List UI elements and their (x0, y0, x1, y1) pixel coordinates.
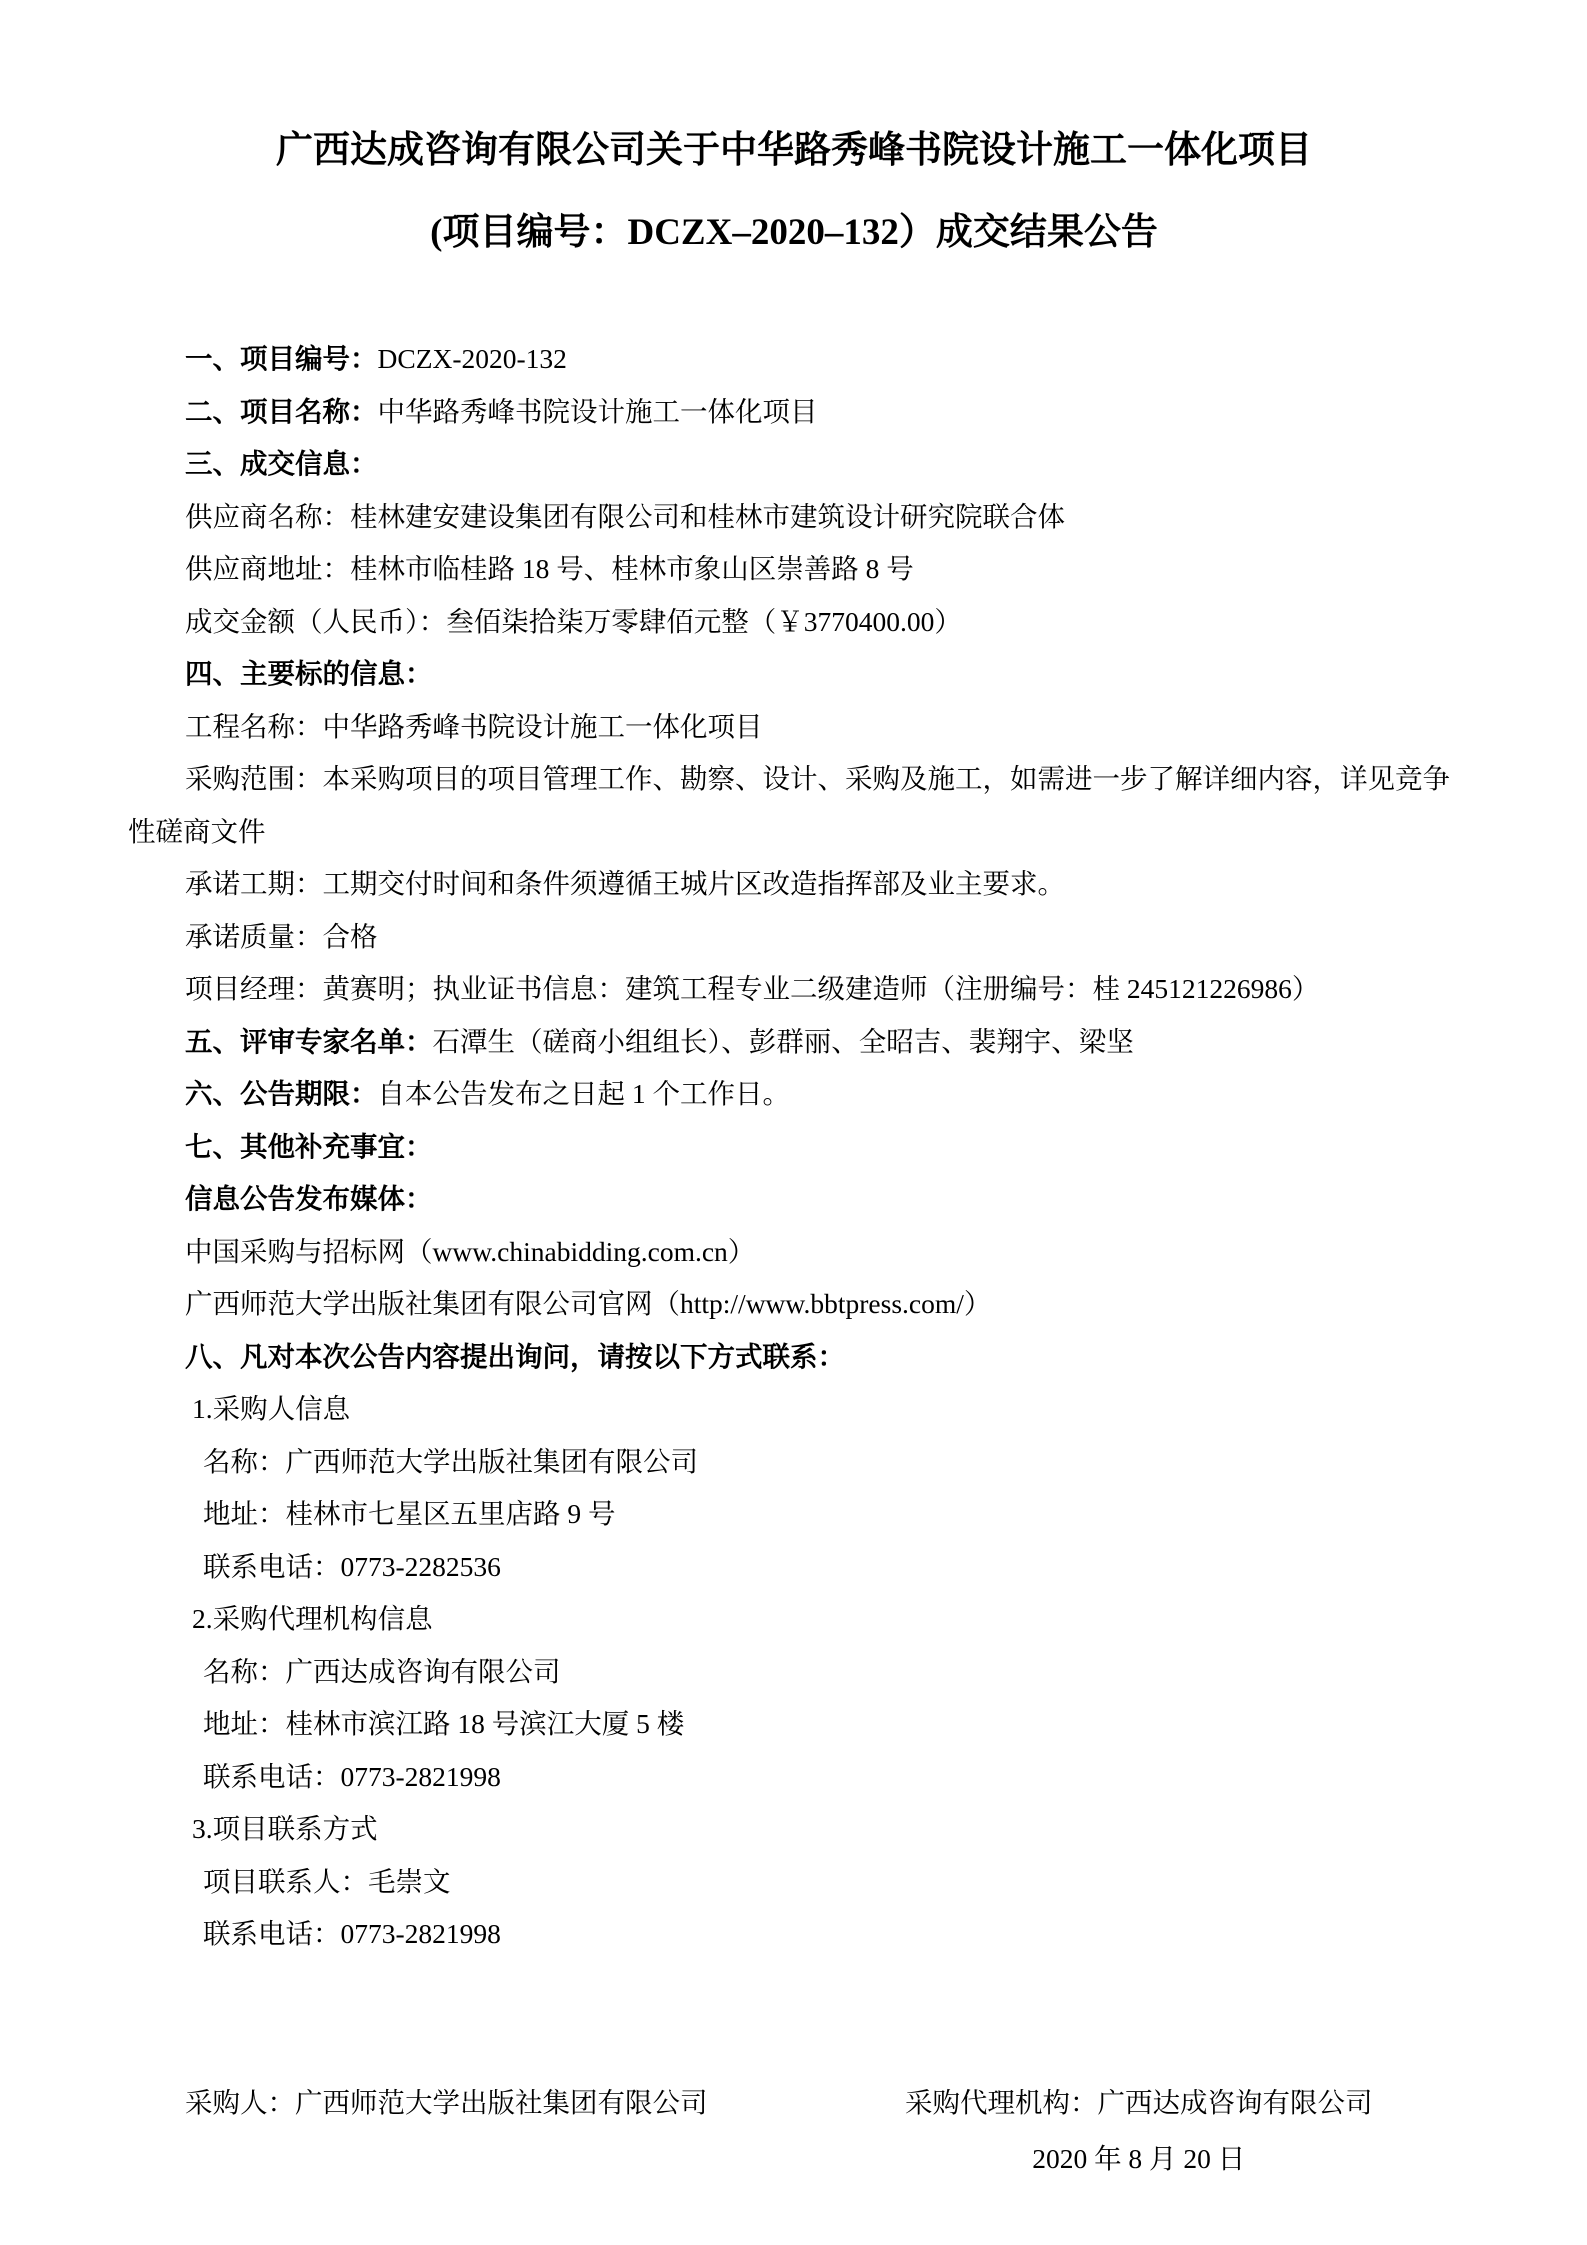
expert-panel-label: 五、评审专家名单： (185, 1026, 433, 1057)
agent-address-line: 地址：桂林市滨江路 18 号滨江大厦 5 楼 (128, 1698, 1460, 1751)
purchaser-address-line: 地址：桂林市七星区五里店路 9 号 (128, 1488, 1460, 1541)
project-name-line: 二、项目名称：中华路秀峰书院设计施工一体化项目 (128, 386, 1460, 439)
agent-signature-line: 采购代理机构：广西达成咨询有限公司 (905, 2075, 1373, 2131)
purchaser-info-heading: 1.采购人信息 (128, 1383, 1460, 1436)
media-chinabidding-line: 中国采购与招标网（www.chinabidding.com.cn） (128, 1226, 1460, 1279)
schedule-commitment-line: 承诺工期：工期交付时间和条件须遵循王城片区改造指挥部及业主要求。 (128, 858, 1460, 911)
project-manager-line: 项目经理：黄赛明；执业证书信息：建筑工程专业二级建造师（注册编号：桂 24512… (128, 963, 1460, 1016)
supplier-address-line: 供应商地址：桂林市临桂路 18 号、桂林市象山区崇善路 8 号 (128, 543, 1460, 596)
expert-panel-line: 五、评审专家名单：石潭生（磋商小组组长）、彭群丽、全昭吉、裴翔宇、梁坚 (128, 1016, 1460, 1069)
project-number-line: 一、项目编号：DCZX-2020-132 (128, 333, 1460, 386)
work-name-line: 工程名称：中华路秀峰书院设计施工一体化项目 (128, 701, 1460, 754)
announcement-period-line: 六、公告期限：自本公告发布之日起 1 个工作日。 (128, 1068, 1460, 1121)
document-body: 一、项目编号：DCZX-2020-132 二、项目名称：中华路秀峰书院设计施工一… (128, 333, 1460, 1961)
title-line-1: 广西达成咨询有限公司关于中华路秀峰书院设计施工一体化项目 (128, 110, 1460, 192)
quality-commitment-line: 承诺质量：合格 (128, 911, 1460, 964)
announcement-period-label: 六、公告期限： (185, 1078, 378, 1109)
purchaser-name-line: 名称：广西师范大学出版社集团有限公司 (128, 1436, 1460, 1489)
deal-info-heading: 三、成交信息： (128, 438, 1460, 491)
signature-block: 采购人：广西师范大学出版社集团有限公司 采购代理机构：广西达成咨询有限公司 20… (128, 2075, 1460, 2205)
document-page: 广西达成咨询有限公司关于中华路秀峰书院设计施工一体化项目 (项目编号：DCZX–… (0, 0, 1587, 2245)
subject-info-heading: 四、主要标的信息： (128, 648, 1460, 701)
purchaser-phone-line: 联系电话：0773-2282536 (128, 1541, 1460, 1594)
supplier-name-line: 供应商名称：桂林建安建设集团有限公司和桂林市建筑设计研究院联合体 (128, 491, 1460, 544)
project-contact-phone-line: 联系电话：0773-2821998 (128, 1908, 1460, 1961)
media-bbtpress-line: 广西师范大学出版社集团有限公司官网（http://www.bbtpress.co… (128, 1278, 1460, 1331)
project-contact-person-line: 项目联系人：毛崇文 (128, 1856, 1460, 1909)
media-heading: 信息公告发布媒体： (128, 1173, 1460, 1226)
project-number-label: 一、项目编号： (185, 343, 378, 374)
announcement-date: 2020 年 8 月 20 日 (905, 2131, 1373, 2187)
agent-info-heading: 2.采购代理机构信息 (128, 1593, 1460, 1646)
other-matters-heading: 七、其他补充事宜： (128, 1121, 1460, 1174)
deal-amount-line: 成交金额（人民币）：叁佰柒拾柒万零肆佰元整（￥3770400.00） (128, 596, 1460, 649)
project-name-label: 二、项目名称： (185, 396, 378, 427)
contact-heading: 八、凡对本次公告内容提出询问，请按以下方式联系： (128, 1331, 1460, 1384)
purchaser-signature: 采购人：广西师范大学出版社集团有限公司 (185, 2075, 708, 2131)
title-line-2: (项目编号：DCZX–2020–132）成交结果公告 (128, 192, 1460, 274)
agent-phone-line: 联系电话：0773-2821998 (128, 1751, 1460, 1804)
project-contact-heading: 3.项目联系方式 (128, 1803, 1460, 1856)
agent-name-line: 名称：广西达成咨询有限公司 (128, 1646, 1460, 1699)
document-title: 广西达成咨询有限公司关于中华路秀峰书院设计施工一体化项目 (项目编号：DCZX–… (128, 110, 1460, 274)
procurement-scope-line: 采购范围：本采购项目的项目管理工作、勘察、设计、采购及施工，如需进一步了解详细内… (128, 753, 1460, 858)
agent-signature: 采购代理机构：广西达成咨询有限公司 2020 年 8 月 20 日 (905, 2075, 1373, 2187)
